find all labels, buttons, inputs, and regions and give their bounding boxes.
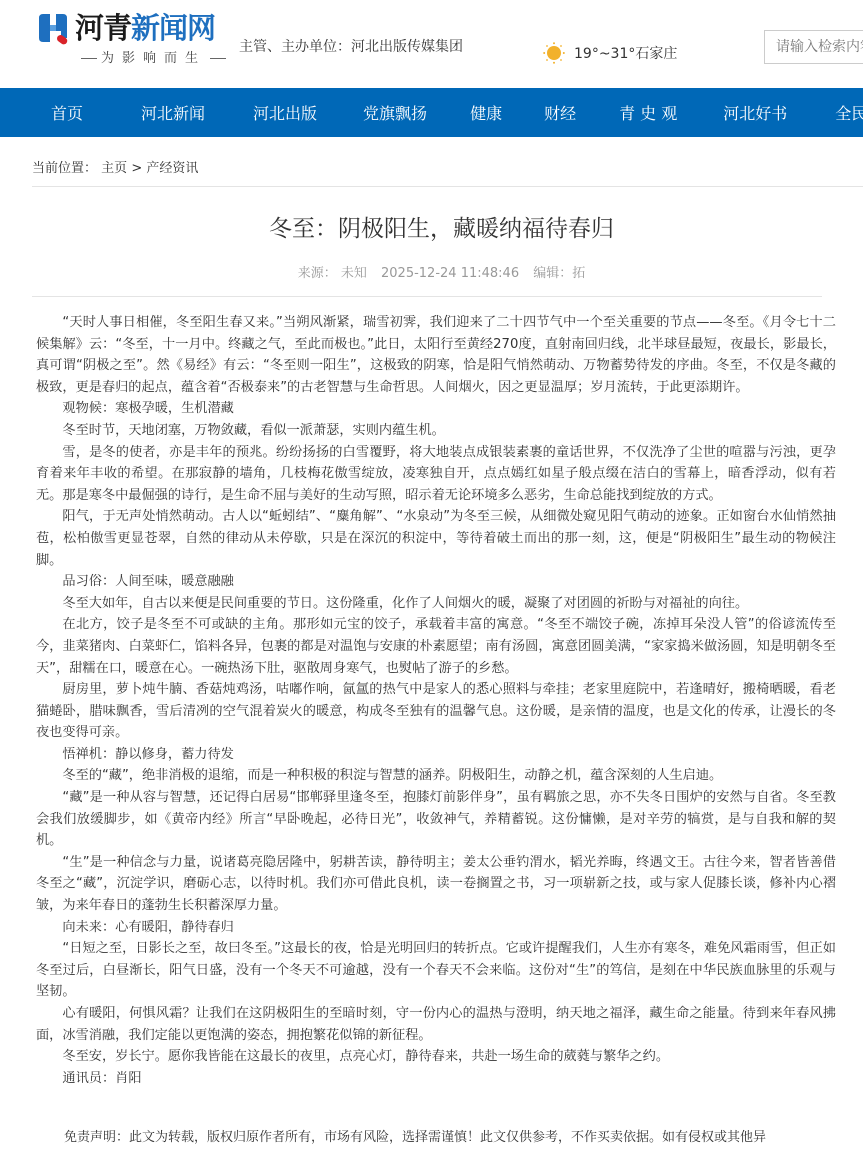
article-paragraph: “生”是一种信念与力量，说诸葛亮隐居隆中，躬耕苦读，静待明主；姜太公垂钓渭水，韬… [36, 852, 836, 917]
breadcrumb-separator: > [131, 161, 142, 176]
article-datetime: 2025-12-24 11:48:46 [381, 266, 519, 281]
article-paragraph: 雪，是冬的使者，亦是丰年的预兆。纷纷扬扬的白雪覆野，将大地装点成银装素裹的童话世… [36, 442, 836, 507]
sun-icon [543, 42, 565, 64]
article-body: “天时人事日相催，冬至阳生春又来。”当朔风渐紧，瑞雪初霁，我们迎来了二十四节气中… [36, 312, 836, 1089]
nav-item-finance[interactable]: 财经 [523, 88, 597, 137]
nav-item-party-flag[interactable]: 党旗飘扬 [341, 88, 449, 137]
article-source: 来源： 未知 [298, 266, 367, 281]
nav-item-rumor-refuting[interactable]: 全民辟谣 [811, 88, 863, 137]
nav-item-history[interactable]: 青 史 观 [597, 88, 699, 137]
nav-item-hebei-news[interactable]: 河北新闻 [117, 88, 229, 137]
article-paragraph: 阳气，于无声处悄然萌动。古人以“蚯蚓结”、“麋角解”、“水泉动”为冬至三候，从细… [36, 506, 836, 571]
article-subheading: 观物候：寒极孕暖，生机潜藏 [36, 398, 836, 420]
logo-h-icon [37, 12, 69, 46]
weather-text: 19°~31°石家庄 [574, 43, 677, 63]
article-paragraph: “日短之至，日影长之至，故曰冬至。”这最长的夜，恰是光明回归的转折点。它或许提醒… [36, 938, 836, 1003]
meta-divider [32, 296, 822, 297]
article-subheading: 悟禅机：静以修身，蓄力待发 [36, 744, 836, 766]
logo-title: 河青新闻网 [75, 8, 215, 48]
site-logo[interactable]: 河青新闻网 为影响而生 [37, 8, 227, 64]
weather-widget: 19°~31°石家庄 [543, 42, 677, 64]
nav-item-home[interactable]: 首页 [0, 88, 117, 137]
breadcrumb-prefix: 当前位置： [32, 161, 97, 176]
search-box[interactable] [764, 30, 863, 64]
article-paragraph: 冬至的“藏”，绝非消极的退缩，而是一种积极的积淀与智慧的涵养。阴极阳生，动静之机… [36, 765, 836, 787]
article-paragraph: 在北方，饺子是冬至不可或缺的主角。那形如元宝的饺子，承载着丰富的寓意。“冬至不端… [36, 614, 836, 679]
search-input[interactable] [765, 31, 863, 63]
article-paragraph: “藏”是一种从容与智慧，还记得白居易“邯郸驿里逢冬至，抱膝灯前影伴身”，虽有羁旅… [36, 787, 836, 852]
article-title: 冬至：阴极阳生，藏暖纳福待春归 [0, 210, 863, 243]
article-paragraph: 心有暖阳，何惧风霜？让我们在这阴极阳生的至暗时刻，守一份内心的温热与澄明，纳天地… [36, 1003, 836, 1046]
article-paragraph: “天时人事日相催，冬至阳生春又来。”当朔风渐紧，瑞雪初霁，我们迎来了二十四节气中… [36, 312, 836, 398]
site-header: 河青新闻网 为影响而生 主管、主办单位：河北出版传媒集团 19°~31°石家庄 [0, 0, 863, 88]
article-paragraph: 冬至大如年，自古以来便是民间重要的节日。这份隆重，化作了人间烟火的暖，凝聚了对团… [36, 593, 836, 615]
article-editor: 编辑：拓 [533, 266, 585, 281]
breadcrumb: 当前位置： 主页 > 产经资讯 [32, 157, 198, 176]
nav-item-hebei-books[interactable]: 河北好书 [699, 88, 811, 137]
breadcrumb-category-link[interactable]: 产经资讯 [146, 161, 198, 176]
disclaimer-text: 免责声明：此文为转载，版权归原作者所有，市场有风险，选择需谨慎！此文仅供参考，不… [64, 1126, 863, 1145]
article-meta: 来源： 未知 2025-12-24 11:48:46 编辑：拓 [0, 262, 863, 281]
logo-slogan: 为影响而生 [77, 47, 230, 66]
article-subheading: 向未来：心有暖阳，静待春归 [36, 917, 836, 939]
article-paragraph: 厨房里，萝卜炖牛腩、香菇炖鸡汤，咕嘟作响，氤氲的热气中是家人的悉心照料与牵挂；老… [36, 679, 836, 744]
breadcrumb-divider [32, 186, 863, 187]
article-paragraph: 冬至安，岁长宁。愿你我皆能在这最长的夜里，点亮心灯，静待春来，共赴一场生命的葳蕤… [36, 1046, 836, 1068]
nav-item-health[interactable]: 健康 [449, 88, 523, 137]
nav-item-hebei-publishing[interactable]: 河北出版 [229, 88, 341, 137]
article-paragraph: 冬至时节，天地闭塞，万物敛藏，看似一派萧瑟，实则内蕴生机。 [36, 420, 836, 442]
sponsor-text: 主管、主办单位：河北出版传媒集团 [239, 36, 463, 56]
breadcrumb-home-link[interactable]: 主页 [101, 161, 127, 176]
article-correspondent: 通讯员：肖阳 [36, 1068, 836, 1090]
article-subheading: 品习俗：人间至味，暖意融融 [36, 571, 836, 593]
main-nav: 首页 河北新闻 河北出版 党旗飘扬 健康 财经 青 史 观 河北好书 全民辟谣 [0, 88, 863, 137]
